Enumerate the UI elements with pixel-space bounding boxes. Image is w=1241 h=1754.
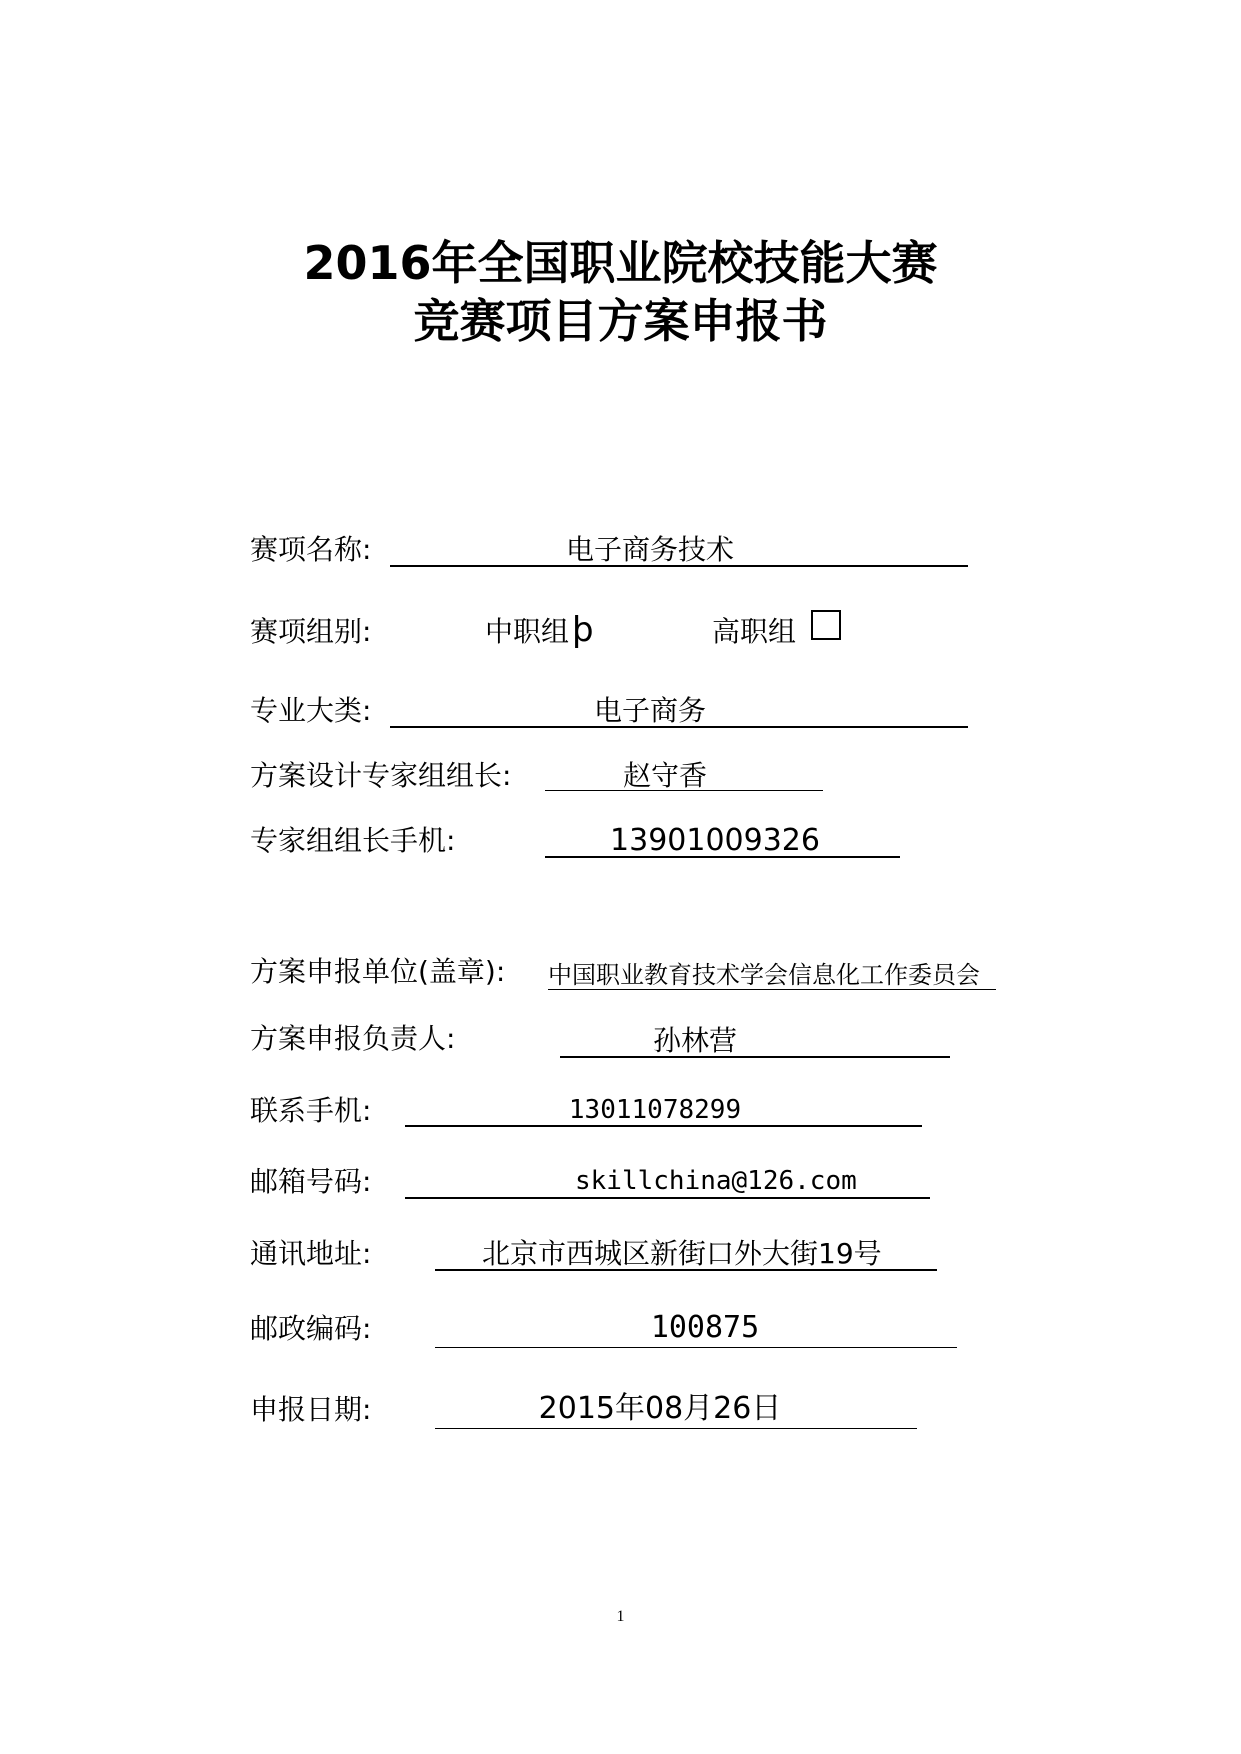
event-group-label: 赛项组别: xyxy=(250,618,371,646)
date-value: 2015年08月26日 xyxy=(435,1394,885,1424)
expert-leader-underline xyxy=(545,790,823,791)
postal-code-underline xyxy=(435,1347,957,1348)
postal-code-value: 100875 xyxy=(435,1313,975,1343)
expert-leader-label: 方案设计专家组组长: xyxy=(250,762,511,790)
major-category-value: 电子商务 xyxy=(390,697,910,725)
address-value: 北京市西城区新街口外大街19号 xyxy=(482,1240,882,1268)
event-name-underline xyxy=(390,565,968,567)
email-underline xyxy=(405,1197,930,1199)
contact-phone-value: 13011078299 xyxy=(405,1097,905,1123)
applicant-unit-underline xyxy=(548,989,996,990)
higher-group-checkbox[interactable] xyxy=(811,610,841,640)
contact-phone-underline xyxy=(405,1125,922,1127)
higher-group-label: 高职组 xyxy=(712,618,796,646)
address-label: 通讯地址: xyxy=(250,1240,371,1268)
event-name-value: 电子商务技术 xyxy=(390,536,910,564)
contact-phone-label: 联系手机: xyxy=(250,1097,371,1125)
major-category-label: 专业大类: xyxy=(250,697,371,725)
expert-phone-value: 13901009326 xyxy=(545,826,885,856)
postal-code-label: 邮政编码: xyxy=(250,1315,371,1343)
major-category-underline xyxy=(390,726,968,728)
date-label: 申报日期: xyxy=(250,1396,371,1424)
email-label: 邮箱号码: xyxy=(250,1168,371,1196)
page-number: 1 xyxy=(0,1608,1241,1626)
applicant-person-label: 方案申报负责人: xyxy=(250,1025,455,1053)
secondary-group-checkmark[interactable]: þ xyxy=(572,613,594,647)
expert-phone-label: 专家组组长手机: xyxy=(250,827,455,855)
applicant-person-value: 孙林营 xyxy=(560,1027,830,1055)
applicant-unit-value: 中国职业教育技术学会信息化工作委员会 xyxy=(548,963,980,987)
document-title-line2: 竞赛项目方案申报书 xyxy=(0,298,1241,344)
address-underline xyxy=(435,1269,937,1271)
email-value: skillchina@126.com xyxy=(405,1168,1005,1194)
applicant-unit-label: 方案申报单位(盖章): xyxy=(250,958,505,986)
expert-phone-underline xyxy=(545,856,900,858)
applicant-person-underline xyxy=(560,1056,950,1058)
event-name-label: 赛项名称: xyxy=(250,536,371,564)
document-title-line1: 2016年全国职业院校技能大赛 xyxy=(0,240,1241,286)
date-underline xyxy=(435,1428,917,1429)
secondary-group-label: 中职组 xyxy=(485,618,569,646)
expert-leader-value: 赵守香 xyxy=(545,762,785,790)
